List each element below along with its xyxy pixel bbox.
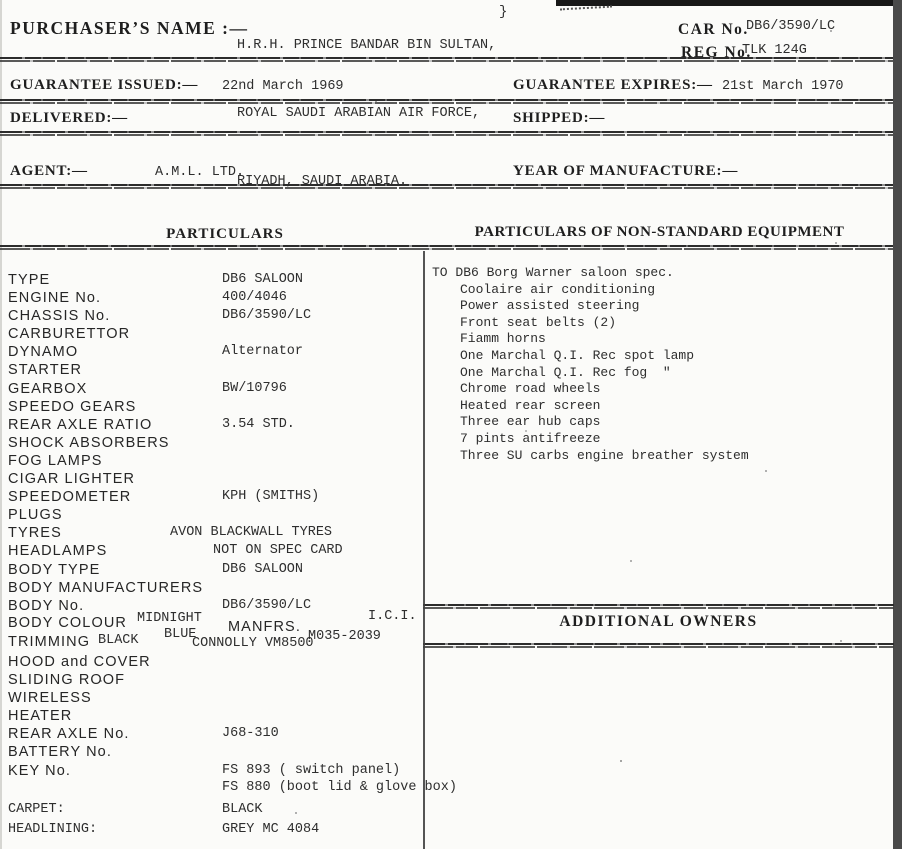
particulars-row-value: 3.54 STD.	[222, 417, 295, 432]
particulars-row-value: DB6 SALOON	[222, 272, 303, 287]
brace-mark: }	[499, 4, 507, 20]
car-no-label: CAR No.	[678, 21, 749, 39]
shipped-label: SHIPPED:—	[513, 110, 605, 127]
year-of-manufacture-label: YEAR OF MANUFACTURE:—	[513, 163, 738, 180]
particulars-row: GEARBOX BW/10796	[8, 380, 420, 398]
purchaser-name-line: H.R.H. PRINCE BANDAR BIN SULTAN,	[237, 37, 496, 54]
particulars-row-value: DB6/3590/LC	[222, 598, 311, 613]
particulars-row-label: BODY TYPE	[8, 562, 100, 578]
particulars-row-label: WIRELESS	[8, 690, 92, 706]
equipment-line: TO DB6 Borg Warner saloon spec.	[432, 265, 882, 282]
headlining-value: GREY MC 4084	[222, 822, 319, 837]
purchaser-name-line: ROYAL SAUDI ARABIAN AIR FORCE,	[237, 105, 496, 122]
reg-no-value: TLK 124G	[742, 43, 807, 58]
particulars-row: SPEEDOMETER KPH (SMITHS)	[8, 488, 420, 506]
agent-value: A.M.L. LTD.	[155, 165, 244, 180]
particulars-row: BATTERY No.	[8, 743, 420, 761]
equipment-line: Chrome road wheels	[432, 381, 882, 398]
particulars-row-value: NOT ON SPEC CARD	[213, 543, 343, 558]
headlining-label: HEADLINING:	[8, 822, 97, 837]
purchaser-name-value: H.R.H. PRINCE BANDAR BIN SULTAN, ROYAL S…	[237, 3, 496, 207]
equipment-line: Three ear hub caps	[432, 414, 882, 431]
particulars-row-value: Alternator	[222, 344, 303, 359]
equipment-line: Heated rear screen	[432, 398, 882, 415]
particulars-row-value: BW/10796	[222, 381, 287, 396]
particulars-header: PARTICULARS	[120, 226, 330, 243]
additional-owners-rule-bottom	[423, 643, 894, 649]
equipment-line: One Marchal Q.I. Rec spot lamp	[432, 348, 882, 365]
equipment-line: Three SU carbs engine breather system	[432, 448, 882, 465]
particulars-row-label: TYRES	[8, 525, 62, 541]
equipment-line: 7 pints antifreeze	[432, 431, 882, 448]
particulars-row-label: CIGAR LIGHTER	[8, 471, 135, 487]
particulars-row-label: REAR AXLE RATIO	[8, 417, 152, 433]
paint-manufacturer-value: I.C.I.	[368, 609, 417, 624]
particulars-row: STARTER	[8, 361, 420, 379]
guarantee-issued-value: 22nd March 1969	[222, 79, 344, 94]
particulars-row-value: 400/4046	[222, 290, 287, 305]
particulars-list-lower: HOOD and COVER SLIDING ROOF WIRELESS HEA…	[8, 653, 420, 780]
scan-edge-strip-left	[0, 0, 2, 849]
particulars-row-value: DB6/3590/LC	[222, 308, 311, 323]
car-no-value: DB6/3590/LC	[746, 19, 835, 34]
body-colour-label: BODY COLOUR	[8, 615, 127, 631]
guarantee-expires-label: GUARANTEE EXPIRES:—	[513, 77, 713, 94]
additional-owners-header: ADDITIONAL OWNERS	[423, 613, 894, 631]
particulars-row-label: BODY MANUFACTURERS	[8, 580, 203, 596]
particulars-row: BODY No. DB6/3590/LC	[8, 597, 420, 615]
particulars-row-value: FS 893 ( switch panel)	[222, 763, 400, 778]
particulars-row: HEADLAMPS NOT ON SPEC CARD	[8, 542, 420, 560]
particulars-row-label: STARTER	[8, 362, 82, 378]
guarantee-expires-value: 21st March 1970	[722, 79, 844, 94]
particulars-row: CARBURETTOR	[8, 325, 420, 343]
particulars-row: DYNAMO Alternator	[8, 343, 420, 361]
particulars-row: BODY TYPE DB6 SALOON	[8, 561, 420, 579]
particulars-row: KEY No. FS 893 ( switch panel)	[8, 762, 420, 780]
particulars-row-label: CHASSIS No.	[8, 308, 110, 324]
particulars-row-label: DYNAMO	[8, 344, 78, 360]
non-standard-equipment-header: PARTICULARS OF NON-STANDARD EQUIPMENT	[432, 224, 887, 241]
particulars-row: SLIDING ROOF	[8, 671, 420, 689]
guarantee-form-scan: PURCHASER’S NAME :— H.R.H. PRINCE BANDAR…	[0, 0, 902, 849]
particulars-row: FOG LAMPS	[8, 452, 420, 470]
particulars-row-label: ENGINE No.	[8, 290, 101, 306]
particulars-row-label: GEARBOX	[8, 381, 87, 397]
particulars-row-label: HEADLAMPS	[8, 543, 107, 559]
agent-label: AGENT:—	[10, 163, 88, 180]
additional-owners-rule-top	[423, 604, 894, 610]
particulars-row-label: SPEEDOMETER	[8, 489, 131, 505]
particulars-row: HEATER	[8, 707, 420, 725]
equipment-line: One Marchal Q.I. Rec fog "	[432, 365, 882, 382]
particulars-row-label: CARBURETTOR	[8, 326, 130, 342]
column-divider-vertical	[423, 251, 425, 849]
particulars-row-value: KPH (SMITHS)	[222, 489, 319, 504]
equipment-line: Fiamm horns	[432, 331, 882, 348]
purchaser-name-line: RIYADH, SAUDI ARABIA.	[237, 173, 496, 190]
pen-scribble-mark	[560, 6, 612, 15]
particulars-row: SPEEDO GEARS	[8, 398, 420, 416]
carpet-value: BLACK	[222, 802, 263, 817]
carpet-label: CARPET:	[8, 802, 65, 817]
particulars-row: REAR AXLE RATIO 3.54 STD.	[8, 416, 420, 434]
particulars-row: BODY MANUFACTURERS	[8, 579, 420, 597]
particulars-row-label: BATTERY No.	[8, 744, 112, 760]
particulars-row-label: HOOD and COVER	[8, 654, 151, 670]
body-colour-value: MIDNIGHT	[137, 611, 202, 626]
purchaser-name-label: PURCHASER’S NAME :—	[10, 18, 249, 39]
particulars-row-label: SPEEDO GEARS	[8, 399, 136, 415]
particulars-row-label: SHOCK ABSORBERS	[8, 435, 170, 451]
particulars-row-label: KEY No.	[8, 763, 71, 779]
trimming-value: BLACK	[98, 633, 139, 648]
particulars-list: TYPE DB6 SALOON ENGINE No. 400/4046 CHAS…	[8, 271, 420, 615]
particulars-row-value: AVON BLACKWALL TYRES	[170, 525, 332, 540]
scan-edge-strip-right	[893, 0, 902, 849]
equipment-list: TO DB6 Borg Warner saloon spec. Coolaire…	[432, 265, 882, 464]
particulars-row: WIRELESS	[8, 689, 420, 707]
paint-code-value: M035-2039	[308, 629, 381, 644]
trimming-label: TRIMMING	[8, 634, 90, 650]
particulars-row: ENGINE No. 400/4046	[8, 289, 420, 307]
particulars-row: HOOD and COVER	[8, 653, 420, 671]
particulars-row: CIGAR LIGHTER	[8, 470, 420, 488]
particulars-row: REAR AXLE No. J68-310	[8, 725, 420, 743]
particulars-row-label: HEATER	[8, 708, 72, 724]
particulars-row-label: BODY No.	[8, 598, 84, 614]
manfrs-label: MANFRS.	[228, 619, 301, 635]
particulars-row: TYRES AVON BLACKWALL TYRES	[8, 524, 420, 542]
equipment-line: Front seat belts (2)	[432, 315, 882, 332]
particulars-row: SHOCK ABSORBERS	[8, 434, 420, 452]
particulars-row-value: DB6 SALOON	[222, 562, 303, 577]
divider-rule	[0, 245, 893, 251]
equipment-line: Power assisted steering	[432, 298, 882, 315]
particulars-row-label: REAR AXLE No.	[8, 726, 130, 742]
particulars-row: CHASSIS No. DB6/3590/LC	[8, 307, 420, 325]
particulars-row-value: J68-310	[222, 726, 279, 741]
guarantee-issued-label: GUARANTEE ISSUED:—	[10, 77, 198, 94]
particulars-row: TYPE DB6 SALOON	[8, 271, 420, 289]
particulars-row-label: FOG LAMPS	[8, 453, 103, 469]
particulars-row-label: SLIDING ROOF	[8, 672, 125, 688]
key-no-value-line2: FS 880 (boot lid & glove box)	[222, 780, 457, 795]
trim-supplier-value: CONNOLLY VM8500	[192, 636, 314, 651]
particulars-row-label: PLUGS	[8, 507, 63, 523]
equipment-line: Coolaire air conditioning	[432, 282, 882, 299]
delivered-label: DELIVERED:—	[10, 110, 128, 127]
particulars-row-label: TYPE	[8, 272, 50, 288]
particulars-row: PLUGS	[8, 506, 420, 524]
